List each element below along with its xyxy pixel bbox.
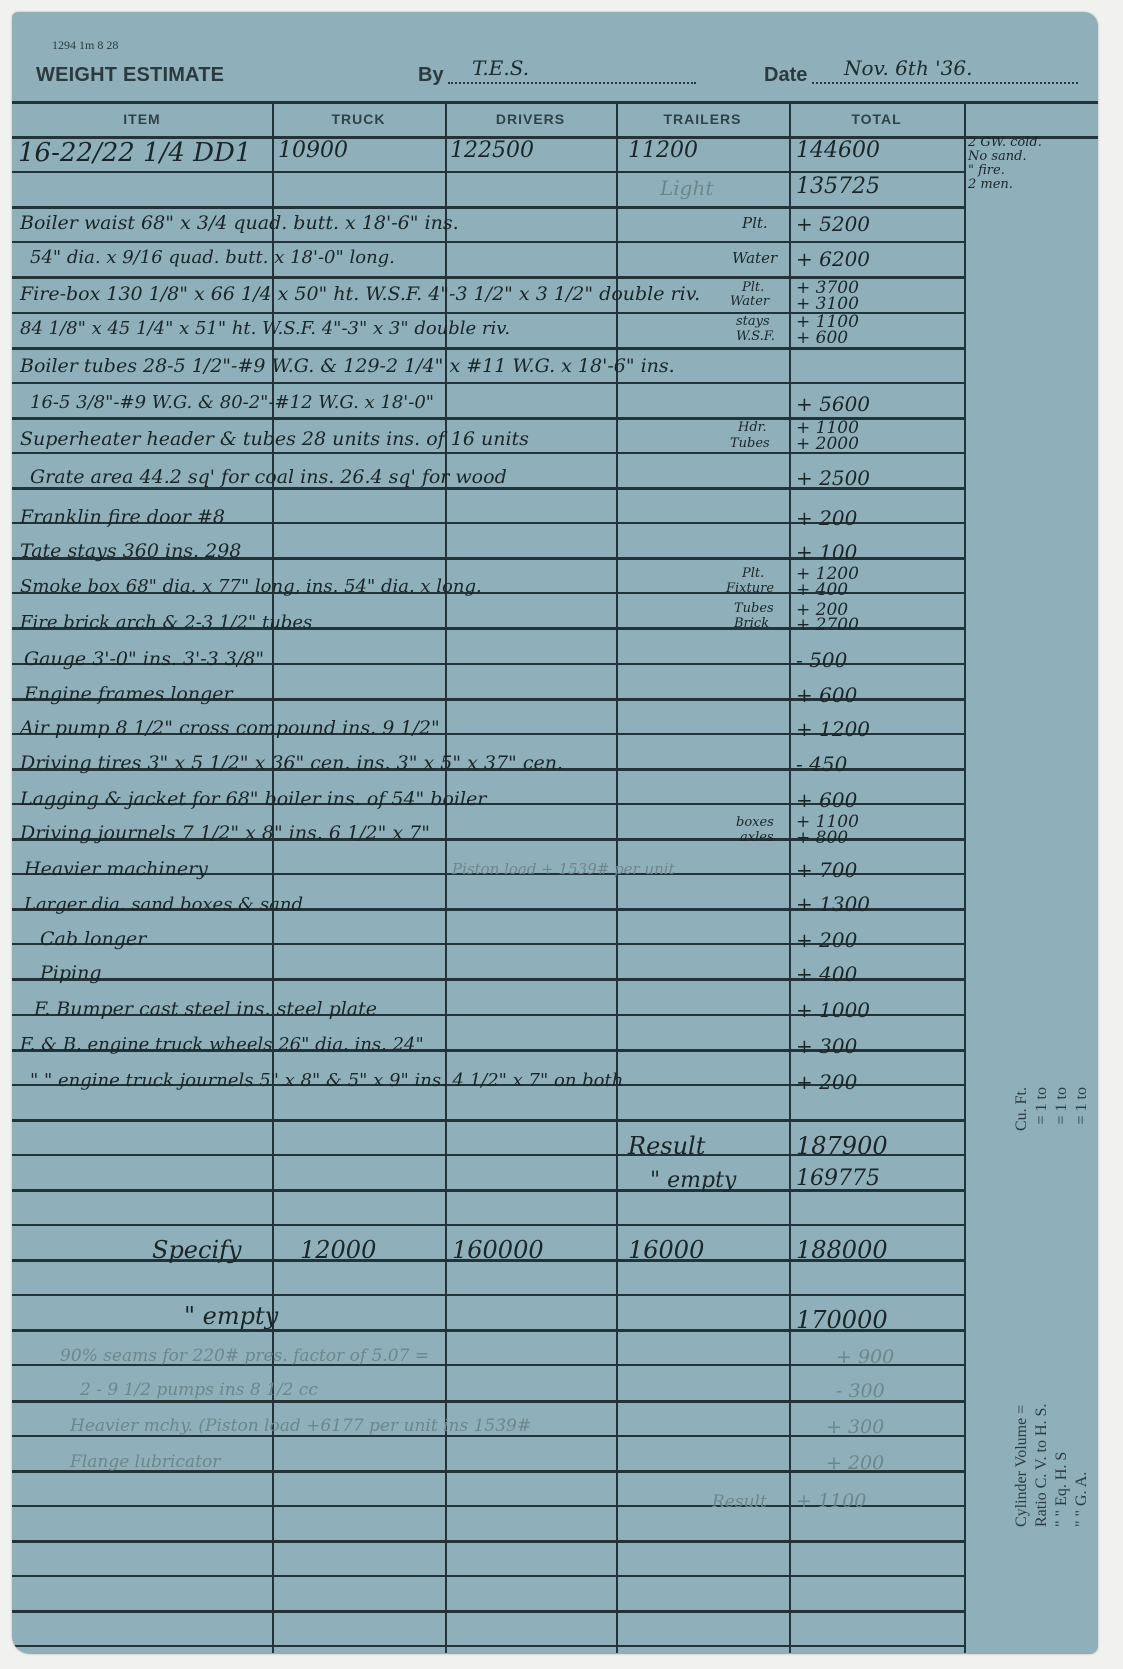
handwritten-entry: Driving journels 7 1/2" x 8" ins. 6 1/2"… bbox=[20, 822, 430, 844]
handwritten-entry: + 3100 bbox=[796, 294, 859, 314]
handwritten-entry: Superheater header & tubes 28 units ins.… bbox=[20, 428, 529, 450]
handwritten-entry: + 2700 bbox=[796, 615, 859, 635]
column-header-truck: TRUCK bbox=[272, 101, 445, 137]
date-dotted-line bbox=[812, 82, 1078, 84]
handwritten-entry: Plt. bbox=[742, 280, 764, 295]
handwritten-entry: + 200 bbox=[796, 506, 857, 530]
handwritten-entry: + 700 bbox=[796, 858, 857, 882]
handwritten-entry: Lagging & jacket for 68" boiler ins. of … bbox=[20, 788, 486, 810]
handwritten-entry: Driving tires 3" x 5 1/2" x 36" cen. ins… bbox=[20, 752, 563, 774]
handwritten-entry: Result bbox=[712, 1492, 767, 1512]
handwritten-entry: " empty bbox=[650, 1168, 736, 1193]
handwritten-entry: + 200 bbox=[796, 1070, 857, 1094]
handwritten-entry: 12000 bbox=[300, 1236, 376, 1264]
cylinder-ratio-panel: Cylinder Volume =Cu. Ft. Ratio C. V. to … bbox=[1012, 1087, 1092, 1527]
handwritten-entry: + 2500 bbox=[796, 466, 870, 490]
side-label: " " G. A. bbox=[1072, 1472, 1092, 1527]
handwritten-entry: + 800 bbox=[796, 828, 848, 848]
weight-estimate-card: 1294 1m 8 28 WEIGHT ESTIMATE By T.E.S. D… bbox=[12, 12, 1098, 1654]
handwritten-entry: Cab longer bbox=[40, 928, 146, 950]
handwritten-entry: Light bbox=[660, 176, 713, 200]
row-rule bbox=[12, 1119, 964, 1122]
row-rule bbox=[12, 1610, 964, 1613]
handwritten-entry: + 600 bbox=[796, 683, 857, 707]
side-line: Cylinder Volume =Cu. Ft. bbox=[1012, 1087, 1032, 1527]
margin-note-line: No sand. bbox=[968, 150, 1042, 164]
handwritten-entry: + 5600 bbox=[796, 392, 870, 416]
handwritten-entry: + 200 bbox=[826, 1452, 884, 1474]
by-label: By bbox=[418, 64, 444, 87]
side-line: " " Eq. H. S= 1 to bbox=[1052, 1087, 1072, 1527]
handwritten-entry: - 500 bbox=[796, 648, 847, 672]
row-rule bbox=[12, 206, 964, 209]
handwritten-entry: + 300 bbox=[826, 1416, 884, 1438]
handwritten-entry: " " engine truck journels 5" x 8" & 5" x… bbox=[30, 1070, 623, 1091]
row-rule bbox=[12, 1224, 964, 1226]
handwritten-entry: + 200 bbox=[796, 928, 857, 952]
handwritten-entry: Hdr. bbox=[738, 420, 767, 435]
handwritten-entry: Engine frames longer bbox=[24, 683, 233, 705]
side-line: Ratio C. V. to H. S.= 1 to bbox=[1032, 1087, 1052, 1527]
handwritten-entry: 187900 bbox=[796, 1132, 888, 1160]
column-header-trailers: TRAILERS bbox=[616, 101, 789, 137]
handwritten-entry: 160000 bbox=[452, 1236, 544, 1264]
side-value: = 1 to bbox=[1052, 1087, 1072, 1124]
handwritten-entry: stays bbox=[736, 314, 770, 329]
handwritten-entry: Air pump 8 1/2" cross compound ins. 9 1/… bbox=[20, 717, 440, 739]
handwritten-entry: 10900 bbox=[278, 138, 348, 163]
side-value: Cu. Ft. bbox=[1012, 1087, 1032, 1131]
handwritten-entry: W.S.F. bbox=[736, 329, 775, 344]
handwritten-entry: 188000 bbox=[796, 1236, 888, 1264]
handwritten-entry: boxes bbox=[736, 815, 774, 830]
handwritten-entry: Result bbox=[628, 1132, 705, 1160]
handwritten-entry: + 400 bbox=[796, 962, 857, 986]
handwritten-entry: + 5200 bbox=[796, 212, 870, 236]
row-rule bbox=[12, 1540, 964, 1543]
handwritten-entry: 135725 bbox=[796, 174, 880, 199]
handwritten-entry: Piston load + 1539# per unit bbox=[452, 860, 675, 878]
row-rule bbox=[12, 1400, 964, 1403]
handwritten-entry: Water bbox=[730, 294, 769, 309]
handwritten-entry: Fire-box 130 1/8" x 66 1/4 x 50" ht. W.S… bbox=[20, 283, 700, 305]
handwritten-entry: Heavier mchy. (Piston load +6177 per uni… bbox=[70, 1416, 531, 1436]
row-rule bbox=[12, 1575, 964, 1577]
form-title: WEIGHT ESTIMATE bbox=[36, 64, 224, 87]
handwritten-entry: 54" dia. x 9/16 quad. butt. x 18'-0" lon… bbox=[30, 247, 395, 268]
handwritten-entry: Piping bbox=[40, 962, 102, 984]
by-dotted-line bbox=[448, 82, 696, 84]
margin-note-line: 2 GW. cold. bbox=[968, 136, 1042, 150]
handwritten-entry: 84 1/8" x 45 1/4" x 51" ht. W.S.F. 4"-3"… bbox=[20, 318, 510, 339]
handwritten-entry: 90% seams for 220# pres. factor of 5.07 … bbox=[60, 1346, 429, 1366]
column-header-total: TOTAL bbox=[789, 101, 964, 137]
row-rule bbox=[12, 382, 964, 384]
side-line: " " G. A.= 1 to bbox=[1072, 1087, 1092, 1527]
handwritten-entry: Boiler tubes 28-5 1/2"-#9 W.G. & 129-2 1… bbox=[20, 355, 675, 377]
handwritten-entry: Tubes bbox=[730, 436, 770, 451]
handwritten-entry: Tate stays 360 ins. 298 bbox=[20, 540, 241, 562]
handwritten-entry: 11200 bbox=[628, 138, 698, 163]
by-value: T.E.S. bbox=[472, 56, 529, 80]
date-value: Nov. 6th '36. bbox=[844, 56, 973, 80]
handwritten-entry: + 1200 bbox=[796, 717, 870, 741]
side-label: Cylinder Volume = bbox=[1012, 1405, 1032, 1527]
handwritten-entry: Plt. bbox=[742, 214, 768, 232]
column-rule bbox=[964, 101, 966, 1653]
row-rule bbox=[12, 241, 964, 243]
handwritten-entry: + 6200 bbox=[796, 247, 870, 271]
handwritten-entry: Heavier machinery bbox=[24, 858, 208, 880]
handwritten-entry: + 600 bbox=[796, 328, 848, 348]
handwritten-entry: + 1300 bbox=[796, 892, 870, 916]
handwritten-entry: + 400 bbox=[796, 580, 848, 600]
handwritten-entry: - 300 bbox=[836, 1380, 885, 1402]
column-header-drivers: DRIVERS bbox=[445, 101, 616, 137]
handwritten-entry: Flange lubricator bbox=[70, 1452, 220, 1472]
side-label: Ratio C. V. to H. S. bbox=[1032, 1404, 1052, 1527]
handwritten-entry: 2 - 9 1/2 pumps ins 8 1/2 cc bbox=[80, 1380, 318, 1400]
handwritten-entry: Smoke box 68" dia. x 77" long, ins. 54" … bbox=[20, 576, 482, 597]
handwritten-entry: F. & B. engine truck wheels 26" dia. ins… bbox=[20, 1034, 424, 1055]
date-label: Date bbox=[764, 64, 807, 87]
handwritten-entry: + 1100 bbox=[796, 1490, 866, 1512]
handwritten-entry: Fixture bbox=[726, 581, 774, 596]
handwritten-entry: + 100 bbox=[796, 540, 857, 564]
side-value: = 1 to bbox=[1032, 1087, 1052, 1124]
row-rule bbox=[12, 1645, 964, 1647]
handwritten-entry: 169775 bbox=[796, 1166, 880, 1191]
column-rule bbox=[789, 101, 791, 1653]
handwritten-entry: Tubes bbox=[734, 601, 774, 616]
column-header-item: ITEM bbox=[12, 101, 272, 137]
handwritten-entry: + 300 bbox=[796, 1034, 857, 1058]
handwritten-entry: + 900 bbox=[836, 1346, 894, 1368]
side-value: = 1 to bbox=[1072, 1087, 1092, 1124]
handwritten-entry: 16-5 3/8"-#9 W.G. & 80-2"-#12 W.G. x 18'… bbox=[30, 392, 434, 413]
handwritten-entry: Water bbox=[732, 249, 777, 267]
handwritten-entry: 16-22/22 1/4 DD1 bbox=[18, 138, 251, 168]
margin-note: 2 GW. cold. No sand. " fire. 2 men. bbox=[968, 136, 1042, 192]
handwritten-entry: Gauge 3'-0" ins. 3'-3 3/8" bbox=[24, 648, 264, 670]
handwritten-entry: Boiler waist 68" x 3/4 quad. butt. x 18'… bbox=[20, 212, 459, 234]
handwritten-entry: + 2000 bbox=[796, 434, 859, 454]
handwritten-entry: Brick bbox=[734, 616, 769, 631]
handwritten-entry: Larger dia. sand boxes & sand bbox=[24, 894, 303, 915]
handwritten-entry: 16000 bbox=[628, 1236, 704, 1264]
row-rule bbox=[12, 171, 964, 173]
handwritten-entry: Fire brick arch & 2-3 1/2" tubes bbox=[20, 612, 312, 633]
handwritten-entry: 170000 bbox=[796, 1306, 888, 1334]
handwritten-entry: Specify bbox=[152, 1236, 242, 1264]
handwritten-entry: Grate area 44.2 sq' for coal ins. 26.4 s… bbox=[30, 466, 507, 488]
handwritten-entry: 144600 bbox=[796, 138, 880, 163]
handwritten-entry: + 600 bbox=[796, 788, 857, 812]
handwritten-entry: + 1000 bbox=[796, 998, 870, 1022]
handwritten-entry: 122500 bbox=[450, 138, 534, 163]
form-number: 1294 1m 8 28 bbox=[52, 38, 118, 53]
margin-note-line: " fire. bbox=[968, 164, 1042, 178]
side-label: " " Eq. H. S bbox=[1052, 1452, 1072, 1527]
row-rule bbox=[12, 1294, 964, 1296]
handwritten-entry: Franklin fire door #8 bbox=[20, 506, 225, 528]
handwritten-entry: " empty bbox=[184, 1302, 278, 1330]
margin-note-line: 2 men. bbox=[968, 178, 1042, 192]
handwritten-entry: axles bbox=[740, 830, 774, 845]
handwritten-entry: F. Bumper cast steel ins. steel plate bbox=[34, 998, 377, 1020]
handwritten-entry: - 450 bbox=[796, 752, 847, 776]
handwritten-entry: Plt. bbox=[742, 566, 764, 581]
